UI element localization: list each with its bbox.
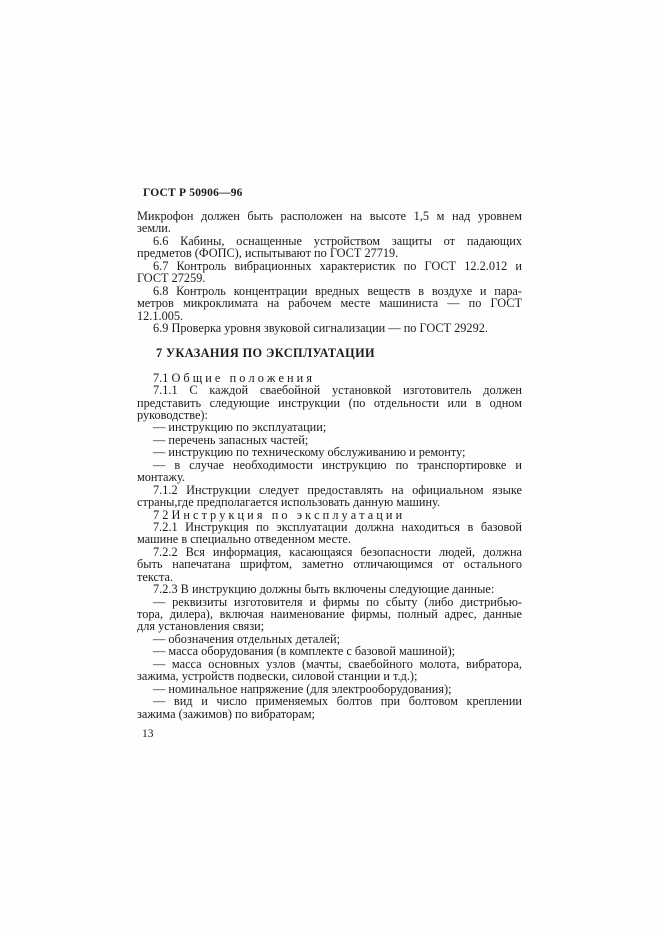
text-line: 6.9 Проверка уровня звуковой сигнализаци… [137, 322, 522, 334]
list-item-line: — инструкцию по эксплуатации; [137, 421, 522, 433]
text-line: зажима (зажимов) по вибраторам; [137, 708, 522, 720]
line-spacer [137, 334, 522, 346]
text-line: ГОСТ 27259. [137, 272, 522, 284]
text-column: Микрофон должен быть расположен на высот… [137, 210, 522, 720]
text-line: метров микроклимата на рабочем месте маш… [137, 297, 522, 309]
text-line: страны,где предполагается использовать д… [137, 496, 522, 508]
list-item-line: — масса оборудования (в комплекте с базо… [137, 645, 522, 657]
list-item-line: — инструкцию по техническому обслуживани… [137, 446, 522, 458]
running-header-standard-ref: ГОСТ Р 50906—96 [143, 187, 243, 200]
line-spacer [137, 359, 522, 371]
list-item-line: — вид и число применяемых болтов при бол… [137, 695, 522, 707]
list-item-line: — в случае необходимости инструкцию по т… [137, 459, 522, 471]
text-line: монтажу. [137, 471, 522, 483]
section-7-heading: 7 УКАЗАНИЯ ПО ЭКСПЛУАТАЦИИ [137, 347, 522, 359]
text-line: для установления связи; [137, 620, 522, 632]
page-number: 13 [142, 728, 154, 741]
text-line: 7.1.1 С каждой сваебойной установкой изг… [137, 384, 522, 396]
document-page: ГОСТ Р 50906—96 Микрофон должен быть рас… [0, 0, 661, 935]
text-line: предметов (ФОПС), испытывают по ГОСТ 277… [137, 247, 522, 259]
text-line: зажима, устройств подвески, силовой стан… [137, 670, 522, 682]
text-line: 7.2.3 В инструкцию должны быть включены … [137, 583, 522, 595]
text-line: быть напечатана шрифтом, заметно отличаю… [137, 558, 522, 570]
text-line: земли. [137, 222, 522, 234]
text-line: машине в специально отведенном месте. [137, 533, 522, 545]
text-line: Микрофон должен быть расположен на высот… [137, 210, 522, 222]
